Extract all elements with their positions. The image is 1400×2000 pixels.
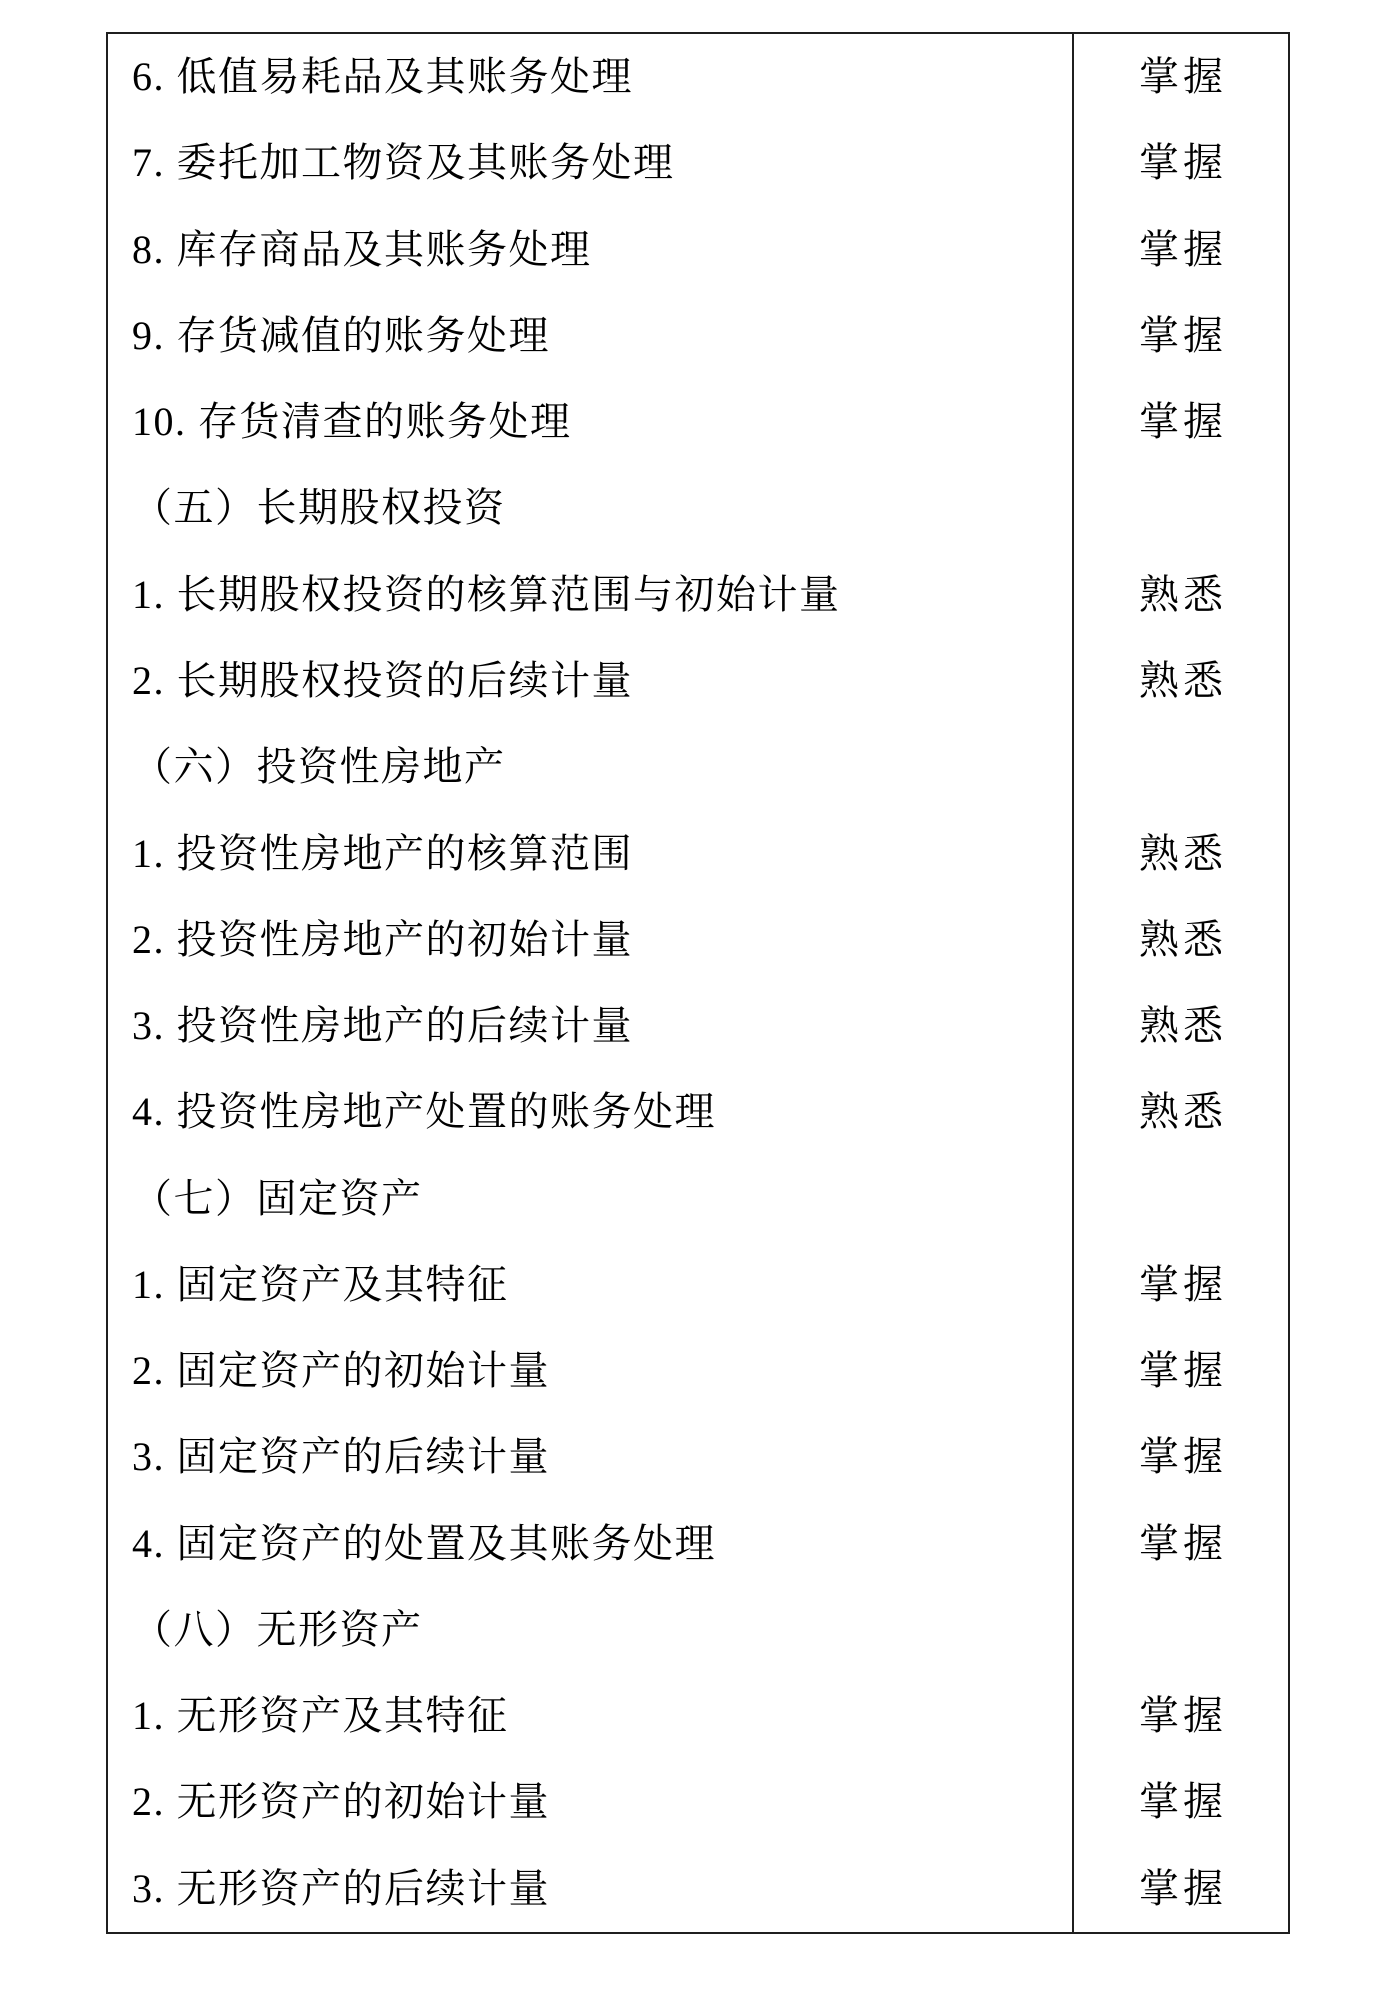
topic-cell: 9. 存货减值的账务处理 xyxy=(108,293,1074,379)
level-cell: 熟悉 xyxy=(1074,552,1288,638)
level-cell xyxy=(1074,724,1288,810)
table-row: （七）固定资产 xyxy=(108,1155,1288,1241)
level-cell: 掌握 xyxy=(1074,120,1288,206)
table-row: 3. 投资性房地产的后续计量熟悉 xyxy=(108,983,1288,1069)
table-row: （八）无形资产 xyxy=(108,1587,1288,1673)
level-cell xyxy=(1074,465,1288,551)
topic-cell: 4. 固定资产的处置及其账务处理 xyxy=(108,1501,1074,1587)
table-row: 4. 固定资产的处置及其账务处理掌握 xyxy=(108,1501,1288,1587)
topic-cell: 1. 长期股权投资的核算范围与初始计量 xyxy=(108,552,1074,638)
table-row: 2. 无形资产的初始计量掌握 xyxy=(108,1759,1288,1845)
topic-cell: 3. 投资性房地产的后续计量 xyxy=(108,983,1074,1069)
table-row: 3. 固定资产的后续计量掌握 xyxy=(108,1414,1288,1500)
table-row: 2. 长期股权投资的后续计量熟悉 xyxy=(108,638,1288,724)
topic-cell: （六）投资性房地产 xyxy=(108,724,1074,810)
level-cell: 掌握 xyxy=(1074,1414,1288,1500)
topic-cell: 6. 低值易耗品及其账务处理 xyxy=(108,34,1074,120)
topic-cell: 2. 固定资产的初始计量 xyxy=(108,1328,1074,1414)
table-row: 1. 长期股权投资的核算范围与初始计量熟悉 xyxy=(108,552,1288,638)
table-row: 2. 投资性房地产的初始计量熟悉 xyxy=(108,897,1288,983)
level-cell: 掌握 xyxy=(1074,1242,1288,1328)
topic-cell: 4. 投资性房地产处置的账务处理 xyxy=(108,1069,1074,1155)
table-row: 3. 无形资产的后续计量掌握 xyxy=(108,1846,1288,1932)
table-row: 1. 投资性房地产的核算范围熟悉 xyxy=(108,810,1288,896)
table-row: （五）长期股权投资 xyxy=(108,465,1288,551)
level-cell xyxy=(1074,1155,1288,1241)
table-row: 10. 存货清查的账务处理掌握 xyxy=(108,379,1288,465)
topic-cell: （七）固定资产 xyxy=(108,1155,1074,1241)
topic-cell: 2. 无形资产的初始计量 xyxy=(108,1759,1074,1845)
topic-cell: 2. 投资性房地产的初始计量 xyxy=(108,897,1074,983)
table-row: 4. 投资性房地产处置的账务处理熟悉 xyxy=(108,1069,1288,1155)
topic-cell: 8. 库存商品及其账务处理 xyxy=(108,207,1074,293)
document-page: 6. 低值易耗品及其账务处理掌握7. 委托加工物资及其账务处理掌握8. 库存商品… xyxy=(0,0,1400,2000)
level-cell: 掌握 xyxy=(1074,1501,1288,1587)
topic-cell: （五）长期股权投资 xyxy=(108,465,1074,551)
topic-cell: 1. 固定资产及其特征 xyxy=(108,1242,1074,1328)
level-cell: 掌握 xyxy=(1074,34,1288,120)
level-cell: 掌握 xyxy=(1074,1846,1288,1932)
table-row: （六）投资性房地产 xyxy=(108,724,1288,810)
level-cell: 掌握 xyxy=(1074,1328,1288,1414)
topic-cell: 7. 委托加工物资及其账务处理 xyxy=(108,120,1074,206)
syllabus-table: 6. 低值易耗品及其账务处理掌握7. 委托加工物资及其账务处理掌握8. 库存商品… xyxy=(106,32,1290,1934)
level-cell: 掌握 xyxy=(1074,379,1288,465)
topic-cell: （八）无形资产 xyxy=(108,1587,1074,1673)
table-row: 6. 低值易耗品及其账务处理掌握 xyxy=(108,34,1288,120)
level-cell: 掌握 xyxy=(1074,1673,1288,1759)
table-row: 9. 存货减值的账务处理掌握 xyxy=(108,293,1288,379)
level-cell xyxy=(1074,1587,1288,1673)
topic-cell: 2. 长期股权投资的后续计量 xyxy=(108,638,1074,724)
level-cell: 熟悉 xyxy=(1074,810,1288,896)
topic-cell: 10. 存货清查的账务处理 xyxy=(108,379,1074,465)
table-row: 8. 库存商品及其账务处理掌握 xyxy=(108,207,1288,293)
level-cell: 熟悉 xyxy=(1074,1069,1288,1155)
level-cell: 熟悉 xyxy=(1074,983,1288,1069)
table-row: 2. 固定资产的初始计量掌握 xyxy=(108,1328,1288,1414)
level-cell: 掌握 xyxy=(1074,1759,1288,1845)
level-cell: 掌握 xyxy=(1074,293,1288,379)
level-cell: 掌握 xyxy=(1074,207,1288,293)
table-row: 7. 委托加工物资及其账务处理掌握 xyxy=(108,120,1288,206)
level-cell: 熟悉 xyxy=(1074,638,1288,724)
topic-cell: 3. 固定资产的后续计量 xyxy=(108,1414,1074,1500)
topic-cell: 1. 无形资产及其特征 xyxy=(108,1673,1074,1759)
topic-cell: 1. 投资性房地产的核算范围 xyxy=(108,810,1074,896)
table-row: 1. 固定资产及其特征掌握 xyxy=(108,1242,1288,1328)
topic-cell: 3. 无形资产的后续计量 xyxy=(108,1846,1074,1932)
level-cell: 熟悉 xyxy=(1074,897,1288,983)
table-row: 1. 无形资产及其特征掌握 xyxy=(108,1673,1288,1759)
